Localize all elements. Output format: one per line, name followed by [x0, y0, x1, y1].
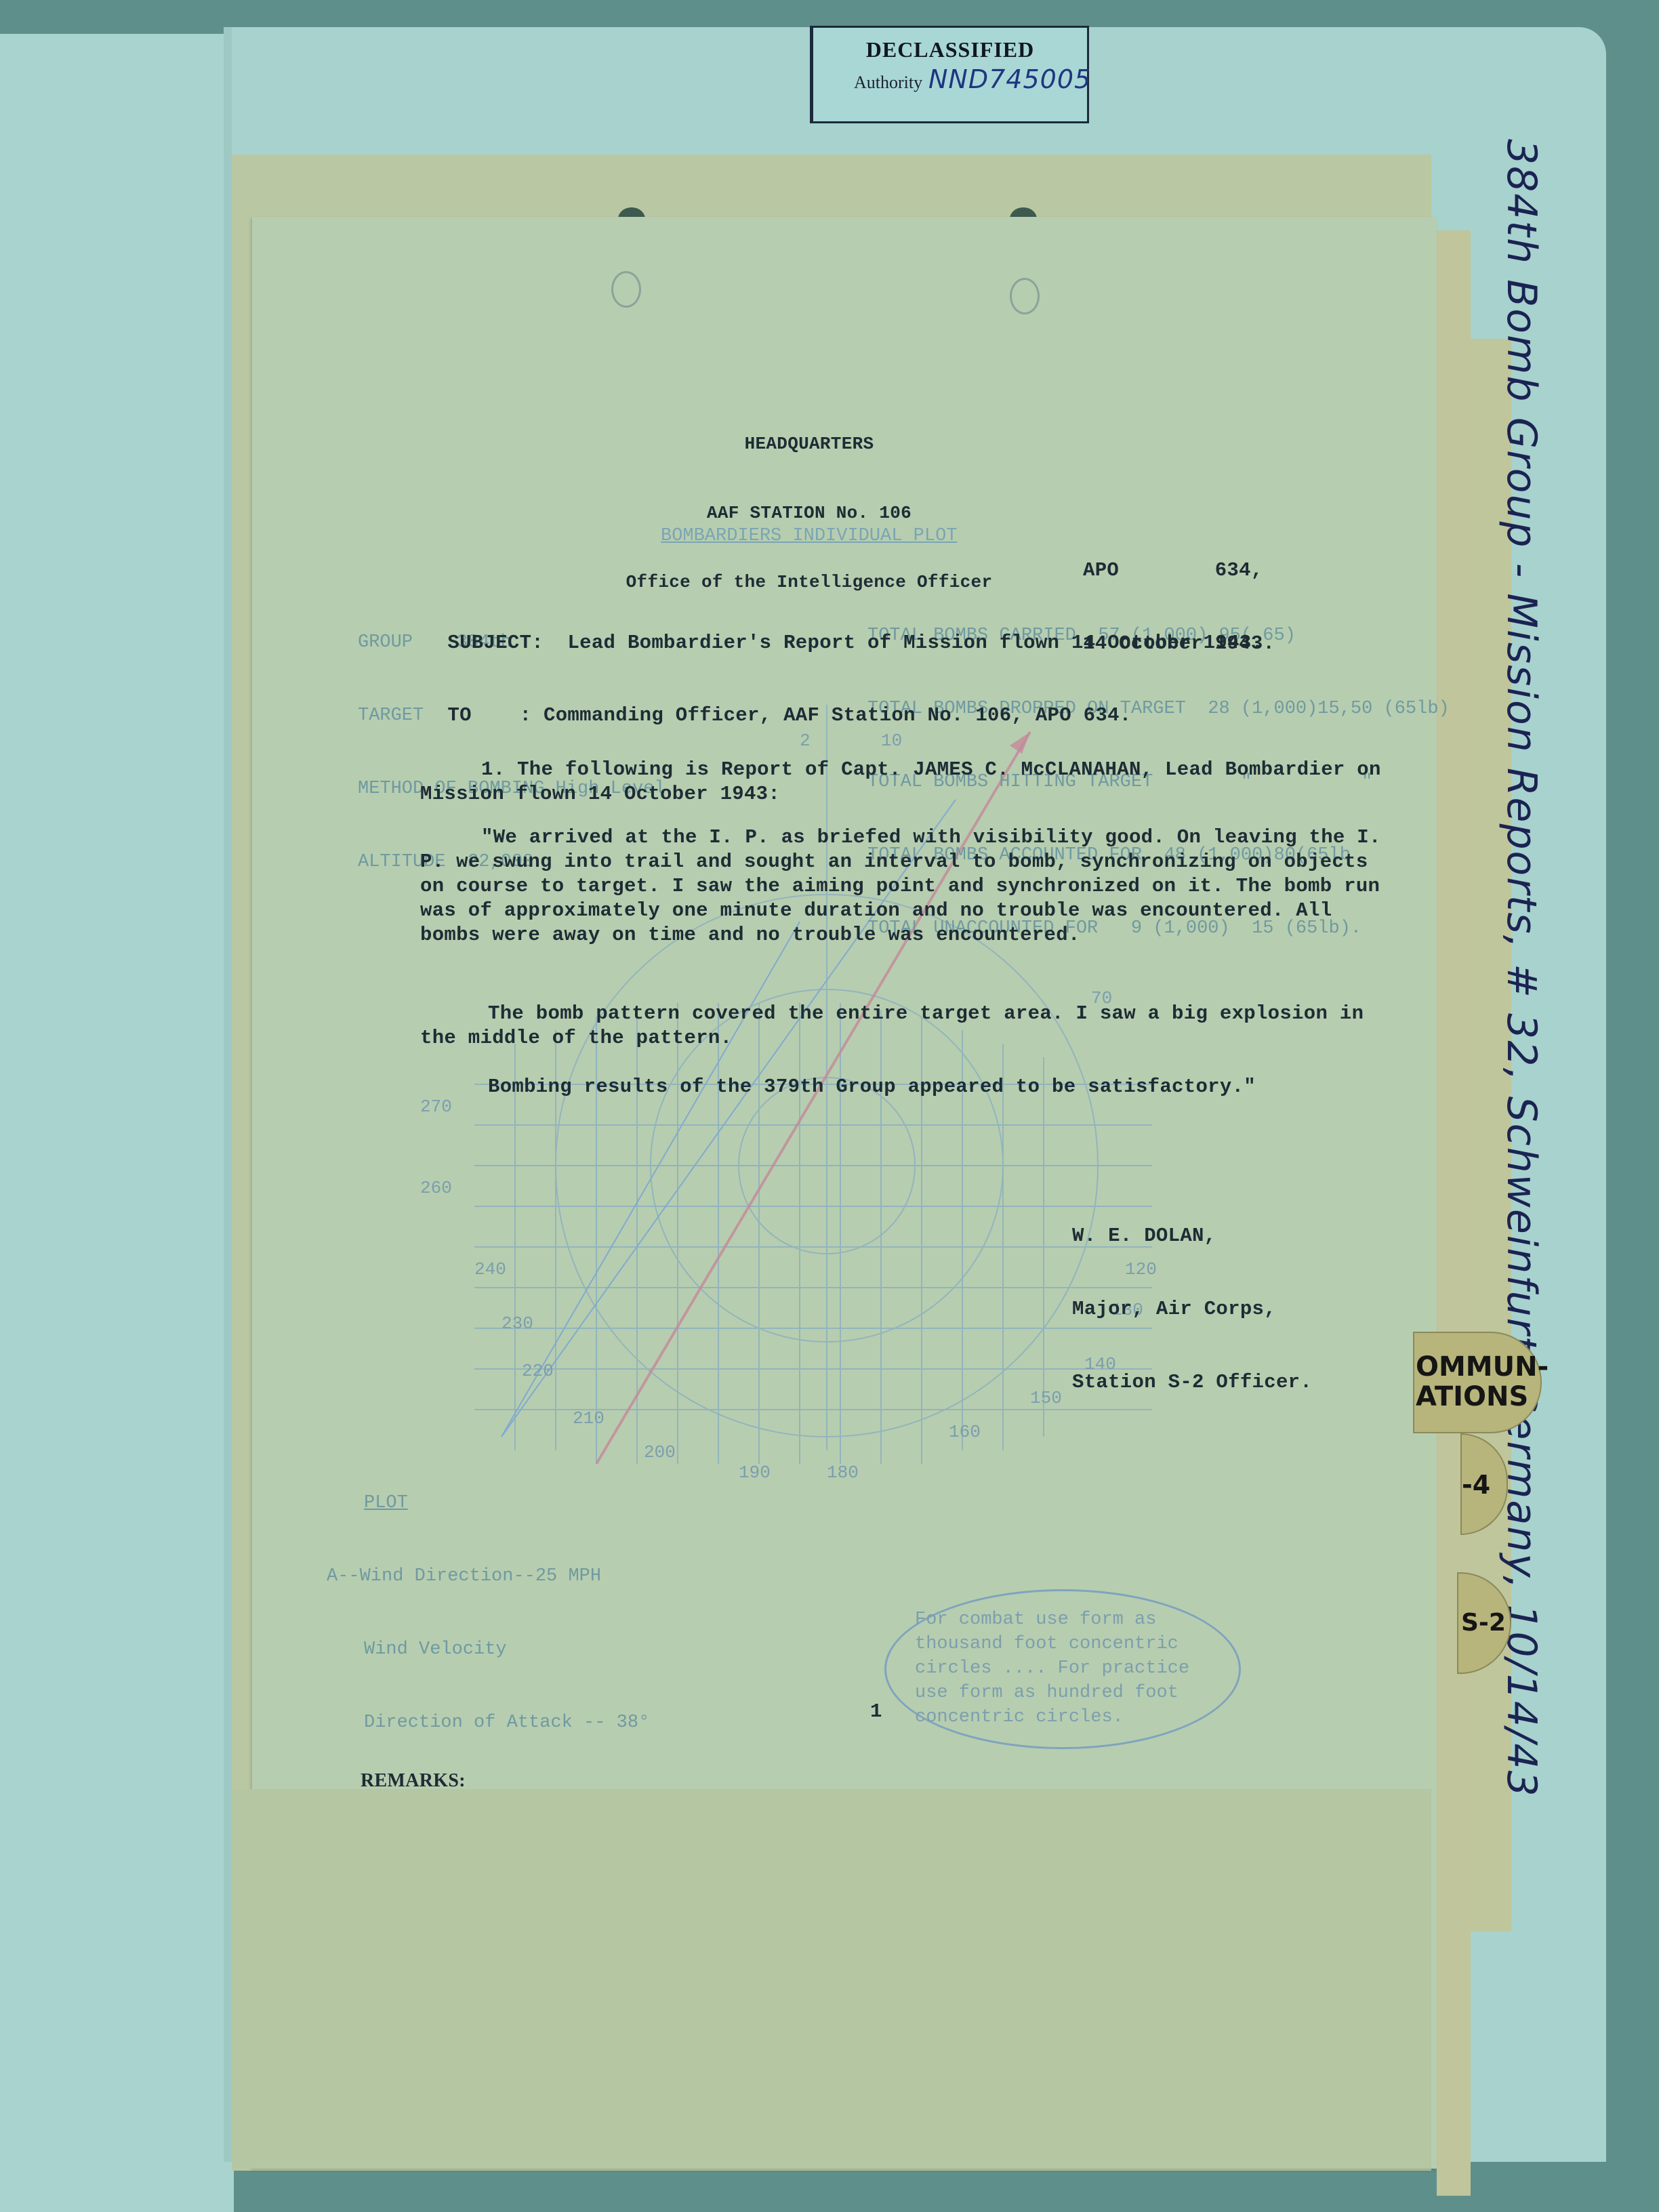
plot-wind-velocity: Wind Velocity	[327, 1637, 649, 1662]
svg-text:150: 150	[1030, 1388, 1062, 1408]
folder-left-panel	[0, 34, 234, 2212]
plot-direction-of-attack: Direction of Attack -- 38°	[327, 1711, 649, 1735]
quote-paragraph-3: Bombing results of the 379th Group appea…	[420, 1075, 1382, 1099]
svg-text:210: 210	[573, 1408, 605, 1429]
tab-label: OMMUN-	[1416, 1352, 1540, 1382]
letterhead: HEADQUARTERS AAF STATION No. 106 Office …	[0, 386, 1639, 617]
tab-label: ATIONS	[1416, 1382, 1540, 1412]
folder-spine	[224, 27, 232, 2162]
signature-block: W. E. DOLAN, Major, Air Corps, Station S…	[1072, 1175, 1312, 1419]
remarks-label: REMARKS:	[361, 1769, 466, 1793]
page-number: 1	[870, 1700, 882, 1724]
svg-text:2: 2	[800, 731, 811, 751]
svg-text:230: 230	[501, 1313, 533, 1334]
subject-line: SUBJECT: Lead Bombardier's Report of Mis…	[424, 607, 1263, 655]
signature-rank: Major, Air Corps,	[1072, 1297, 1312, 1322]
tab-label: S-2	[1461, 1609, 1506, 1637]
plot-legend: PLOT A--Wind Direction--25 MPH Wind Velo…	[327, 1442, 649, 1759]
tab-label: -4	[1462, 1470, 1490, 1500]
punch-hole-icon	[1010, 278, 1040, 314]
signature-name: W. E. DOLAN,	[1072, 1224, 1312, 1248]
quote-paragraph-2: The bomb pattern covered the entire targ…	[420, 1002, 1382, 1050]
svg-text:260: 260	[420, 1178, 452, 1198]
letterhead-line2: AAF STATION No. 106	[0, 501, 1639, 525]
plot-heading: PLOT	[327, 1491, 649, 1515]
letterhead-line3: Office of the Intelligence Officer	[0, 571, 1639, 594]
form-note-text: For combat use form as thousand foot con…	[915, 1607, 1189, 1729]
svg-text:220: 220	[522, 1361, 554, 1381]
svg-text:160: 160	[949, 1422, 981, 1442]
to-text: : Commanding Officer, AAF Station No. 10…	[520, 704, 1132, 726]
underlying-page-lower	[232, 1789, 1431, 2169]
letterhead-line1: HEADQUARTERS	[0, 432, 1639, 455]
stamp-authority-label: Authority	[854, 73, 922, 93]
stamp-title: DECLASSIFIED	[813, 37, 1087, 62]
svg-text:240: 240	[474, 1259, 506, 1279]
svg-text:190: 190	[739, 1462, 771, 1483]
plot-wind-direction: A--Wind Direction--25 MPH	[327, 1564, 649, 1589]
subject-text: Lead Bombardier's Report of Mission flow…	[567, 632, 1263, 654]
subject-label: SUBJECT:	[447, 632, 544, 654]
paragraph-intro: 1. The following is Report of Capt. JAME…	[420, 758, 1382, 806]
svg-text:180: 180	[827, 1462, 859, 1483]
declassified-stamp: DECLASSIFIED Authority NND745005	[810, 26, 1089, 123]
punch-hole-icon	[611, 271, 641, 308]
quote-paragraph-1: "We arrived at the I. P. as briefed with…	[420, 825, 1382, 947]
svg-text:270: 270	[420, 1097, 452, 1117]
apo-number: 634,	[1215, 559, 1263, 581]
apo-label: APO	[1083, 559, 1119, 581]
stamp-authority-number: NND745005	[928, 64, 1091, 94]
to-line: TO : Commanding Officer, AAF Station No.…	[424, 679, 1131, 728]
to-label: TO	[447, 704, 471, 726]
tab-communications[interactable]: OMMUN- ATIONS	[1413, 1332, 1542, 1433]
signature-title: Station S-2 Officer.	[1072, 1370, 1312, 1395]
